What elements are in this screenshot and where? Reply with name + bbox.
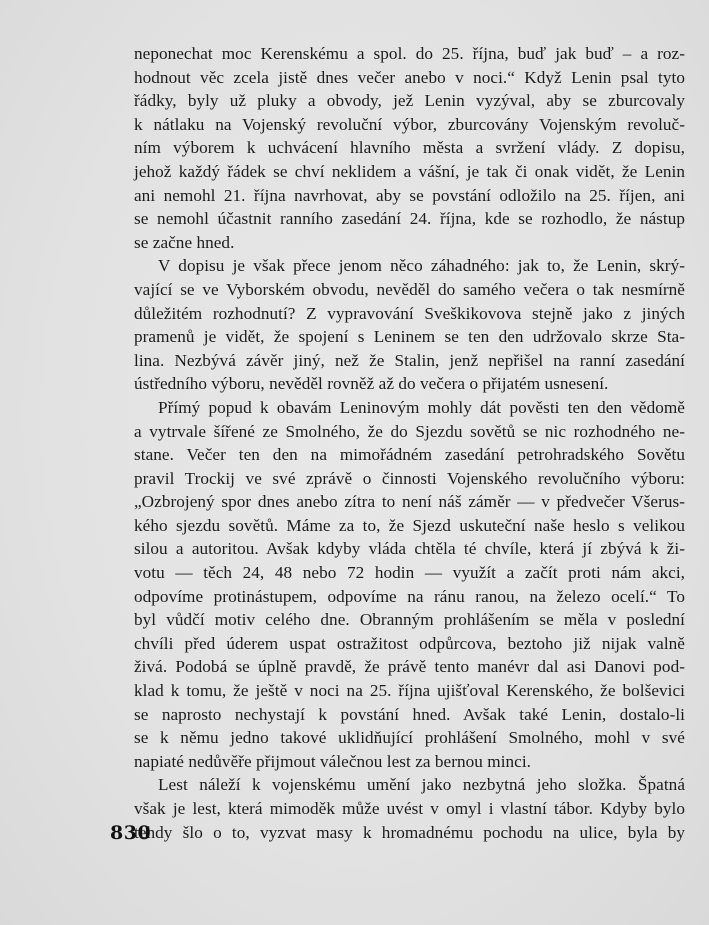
text-line: pramenů je vidět, že spojení s Leninem s… xyxy=(134,325,685,349)
text-line: ani nemohl 21. října navrhovat, aby se p… xyxy=(134,184,685,208)
text-line: „Ozbrojený spor dnes anebo zítra to není… xyxy=(134,490,685,514)
text-line: odpovíme protinástupem, odpovíme na ránu… xyxy=(134,585,685,609)
text-line: vající se ve Vyborském obvodu, nevěděl d… xyxy=(134,278,685,302)
text-line: však je lest, která mimoděk může uvést v… xyxy=(134,797,685,821)
text-line: klad k tomu, že ještě v noci na 25. říjn… xyxy=(134,679,685,703)
text-line: chvíli před úderem uspat ostražitost odp… xyxy=(134,632,685,656)
text-line: Lest náleží k vojenskému umění jako nezb… xyxy=(134,773,685,797)
text-line: k nátlaku na Vojenský revoluční výbor, z… xyxy=(134,113,685,137)
text-line: pravil Trockij ve své zprávě o činnosti … xyxy=(134,467,685,491)
text-line: byl vůdčí motiv celého dne. Obranným pro… xyxy=(134,608,685,632)
page-number: 830 xyxy=(110,822,151,844)
text-line: živá. Podobá se úplně pravdě, že právě t… xyxy=(134,655,685,679)
text-line: řádky, byly už pluky a obvody, jež Lenin… xyxy=(134,89,685,113)
paragraph-2: V dopisu je však přece jenom něco záhadn… xyxy=(134,254,685,396)
text-line: hodnout věc zcela jistě dnes večer anebo… xyxy=(134,66,685,90)
text-line: napiaté nedůvěře přijmout válečnou lest … xyxy=(134,750,685,774)
paragraph-1: neponechat moc Kerenskému a spol. do 25.… xyxy=(134,42,685,254)
text-line: tehdy šlo o to, vyzvat masy k hromadnému… xyxy=(134,821,685,845)
paragraph-4: Lest náleží k vojenskému umění jako nezb… xyxy=(134,773,685,844)
text-line: se začne hned. xyxy=(134,231,685,255)
text-line: votu — těch 24, 48 nebo 72 hodin — využí… xyxy=(134,561,685,585)
text-line: ním výborem k uchvácení hlavního města a… xyxy=(134,136,685,160)
text-line: se nemohl účastnit ranního zasedání 24. … xyxy=(134,207,685,231)
text-line: důležitém rozhodnutí? Z vypravování Sveš… xyxy=(134,302,685,326)
text-line: kého sjezdu sovětů. Máme za to, že Sjezd… xyxy=(134,514,685,538)
text-line: lina. Nezbývá závěr jiný, než že Stalin,… xyxy=(134,349,685,373)
text-line: a vytrvale šířené ze Smolného, že do Sje… xyxy=(134,420,685,444)
text-line: jehož každý řádek se chví neklidem a váš… xyxy=(134,160,685,184)
text-line: Přímý popud k obavám Leninovým mohly dát… xyxy=(134,396,685,420)
text-line: neponechat moc Kerenskému a spol. do 25.… xyxy=(134,42,685,66)
text-line: se k němu jedno takové uklidňující prohl… xyxy=(134,726,685,750)
page-body: neponechat moc Kerenskému a spol. do 25.… xyxy=(134,42,685,844)
paragraph-3: Přímý popud k obavám Leninovým mohly dát… xyxy=(134,396,685,774)
text-line: stane. Večer ten den na mimořádném zased… xyxy=(134,443,685,467)
text-line: se naprosto nechystají k povstání hned. … xyxy=(134,703,685,727)
text-line: V dopisu je však přece jenom něco záhadn… xyxy=(134,254,685,278)
text-line: ústředního výboru, nevěděl rovněž až do … xyxy=(134,372,685,396)
text-line: silou a autoritou. Avšak kdyby vláda cht… xyxy=(134,537,685,561)
